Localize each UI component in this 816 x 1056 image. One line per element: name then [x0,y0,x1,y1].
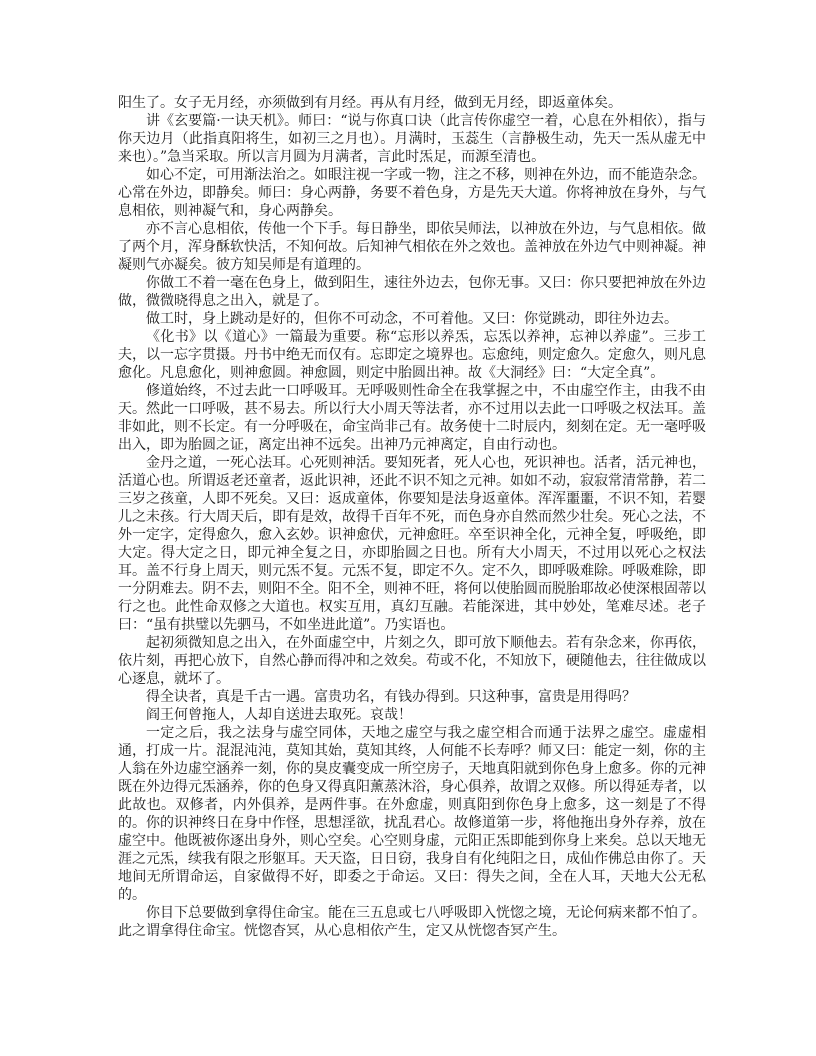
document-page: 阳生了。女子无月经，亦须做到有月经。再从有月经，做到无月经，即返童体矣。 讲《玄… [118,94,706,940]
paragraph-11: 得全诀者，真是千古一遇。富贵功名，有钱办得到。只这种事，富贵是用得吗？ [118,688,706,706]
paragraph-13: 一定之后，我之法身与虚空同体，天地之虚空与我之虚空相合而通于法界之虚空。虚虚相通… [118,724,706,904]
paragraph-1: 阳生了。女子无月经，亦须做到有月经。再从有月经，做到无月经，即返童体矣。 [118,94,706,112]
paragraph-4: 亦不言心息相依，传他一个下手。每日静坐，即依吴师法，以神放在外边，与气息相依。做… [118,220,706,274]
paragraph-8: 修道始终，不过去此一口呼吸耳。无呼吸则性命全在我掌握之中，不由虚空作主，由我不由… [118,382,706,454]
paragraph-5: 你做工不着一毫在色身上，做到阳生，速往外边去，包你无事。又曰：你只要把神放在外边… [118,274,706,310]
paragraph-3: 如心不定，可用渐法治之。如眼注视一字或一物，注之不移，则神在外边，而不能造杂念。… [118,166,706,220]
paragraph-14: 你目下总要做到拿得住命宝。能在三五息或七八呼吸即入恍惚之境，无论何病来都不怕了。… [118,904,706,940]
paragraph-6: 做工时，身上跳动是好的，但你不可动念，不可着他。又曰：你觉跳动，即往外边去。 [118,310,706,328]
paragraph-10: 起初须微知息之出入，在外面虚空中，片刻之久，即可放下顺他去。若有杂念来，你再依，… [118,634,706,688]
paragraph-9: 金丹之道，一死心法耳。心死则神活。要知死者，死人心也，死识神也。活者，活元神也，… [118,454,706,634]
paragraph-12: 阎王何曾拖人，人却自送进去取死。哀哉！ [118,706,706,724]
paragraph-7: 《化书》以《道心》一篇最为重要。称“忘形以养炁，忘炁以养神，忘神以养虚”。三步工… [118,328,706,382]
paragraph-2: 讲《玄要篇·一诀天机》。师曰：“说与你真口诀（此言传你虚空一着，心息在外相依），… [118,112,706,166]
